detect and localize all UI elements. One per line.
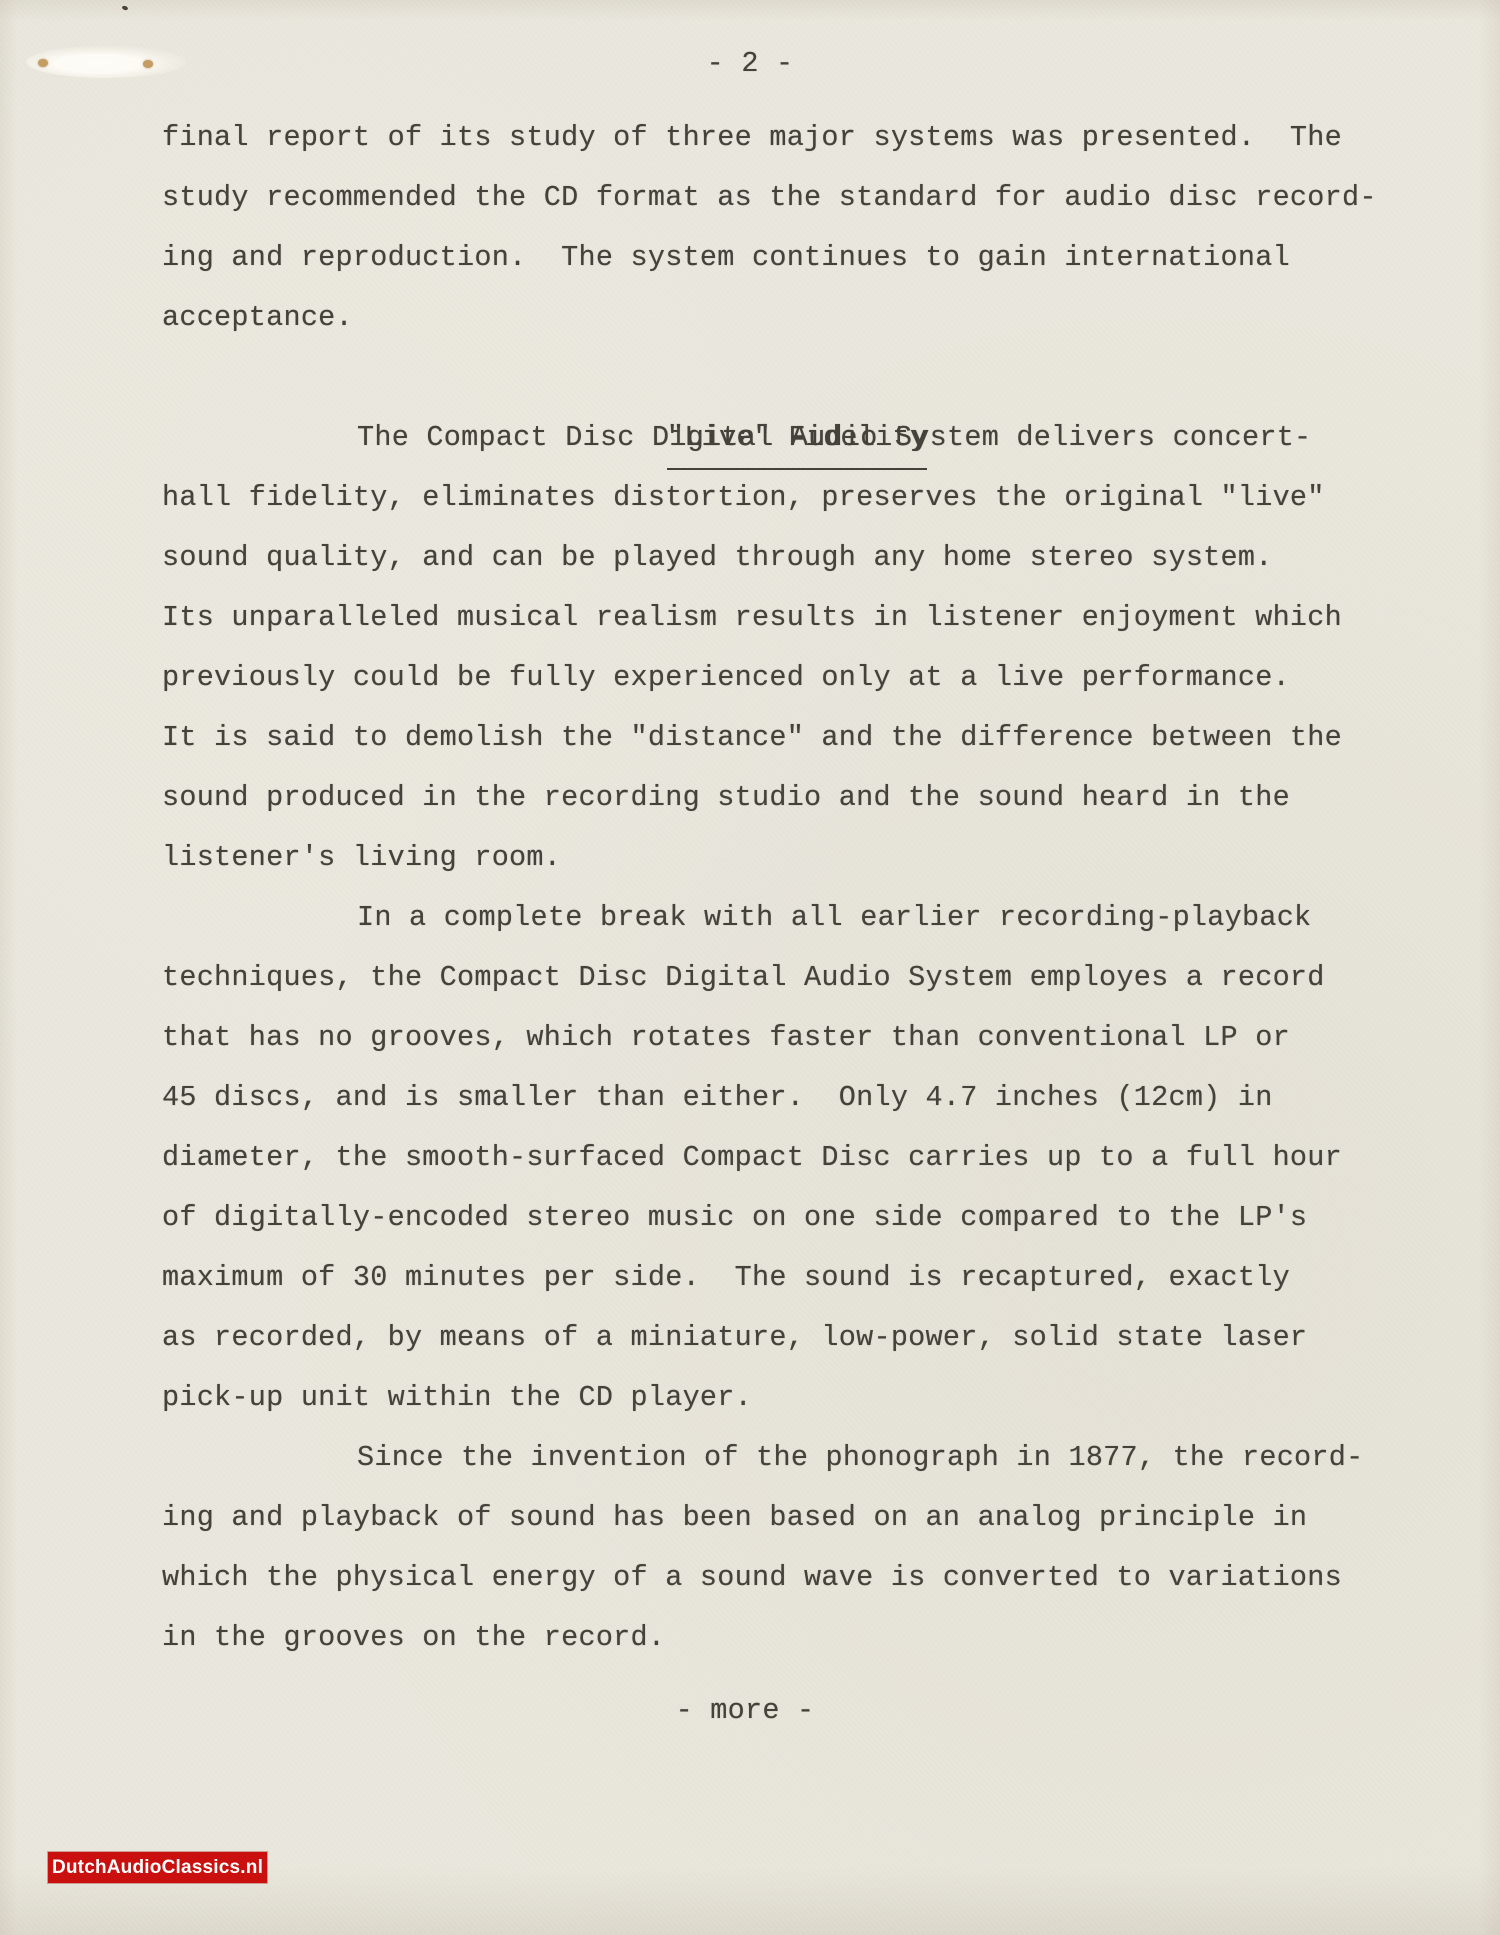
text-line: Since the invention of the phonograph in… (162, 1428, 1328, 1488)
text-line: in the grooves on the record. (162, 1608, 1328, 1668)
text-line: pick-up unit within the CD player. (162, 1368, 1328, 1428)
more-continuation-marker: - more - (162, 1681, 1328, 1741)
watermark-badge: DutchAudioClassics.nl (48, 1852, 267, 1883)
document-body: final report of its study of three major… (162, 108, 1328, 1741)
text-line: hall fidelity, eliminates distortion, pr… (162, 468, 1328, 528)
text-line: which the physical energy of a sound wav… (162, 1548, 1328, 1608)
text-line: Its unparalleled musical realism results… (162, 588, 1328, 648)
paragraph: final report of its study of three major… (162, 108, 1328, 348)
text-line: final report of its study of three major… (162, 108, 1328, 168)
text-line: study recommended the CD format as the s… (162, 168, 1328, 228)
text-line: techniques, the Compact Disc Digital Aud… (162, 948, 1328, 1008)
text-line: In a complete break with all earlier rec… (162, 888, 1328, 948)
ink-speck (121, 5, 128, 11)
text-line: ing and reproduction. The system continu… (162, 228, 1328, 288)
text-line: previously could be fully experienced on… (162, 648, 1328, 708)
paragraph: Since the invention of the phonograph in… (162, 1428, 1328, 1668)
text-line: acceptance. (162, 288, 1328, 348)
text-line: listener's living room. (162, 828, 1328, 888)
scanned-document-page: - 2 - final report of its study of three… (0, 0, 1500, 1935)
text-line: of digitally-encoded stereo music on one… (162, 1188, 1328, 1248)
text-line: 45 discs, and is smaller than either. On… (162, 1068, 1328, 1128)
text-line: maximum of 30 minutes per side. The soun… (162, 1248, 1328, 1308)
text-line: The Compact Disc Digital Audio System de… (162, 408, 1328, 468)
text-line: as recorded, by means of a miniature, lo… (162, 1308, 1328, 1368)
text-line: sound quality, and can be played through… (162, 528, 1328, 588)
page-number: - 2 - (0, 34, 1500, 94)
text-line: diameter, the smooth-surfaced Compact Di… (162, 1128, 1328, 1188)
section-heading: "Live" Fidelity (162, 348, 1328, 408)
text-line: It is said to demolish the "distance" an… (162, 708, 1328, 768)
text-line: that has no grooves, which rotates faste… (162, 1008, 1328, 1068)
text-line: sound produced in the recording studio a… (162, 768, 1328, 828)
paragraph: In a complete break with all earlier rec… (162, 888, 1328, 1428)
paragraph: The Compact Disc Digital Audio System de… (162, 408, 1328, 888)
text-line: ing and playback of sound has been based… (162, 1488, 1328, 1548)
